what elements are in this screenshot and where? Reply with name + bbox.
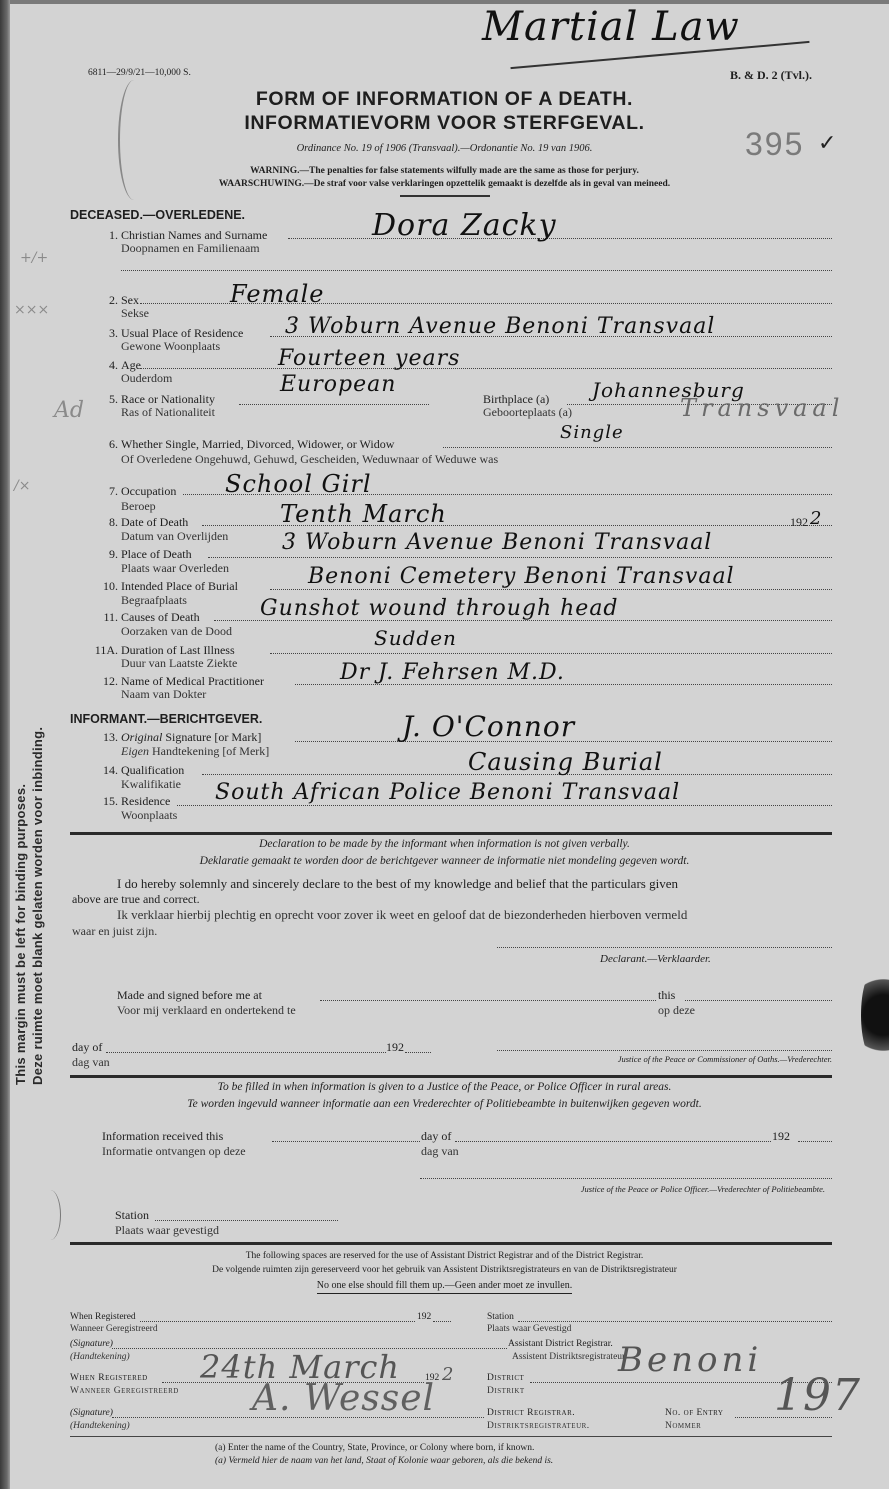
margin-pencil-mark [40, 1190, 61, 1240]
year-field[interactable] [405, 1052, 431, 1053]
this-day-field[interactable] [685, 1000, 832, 1001]
info-received-label: Information received this [102, 1130, 223, 1143]
header-divider [400, 195, 490, 197]
section-rule [70, 1075, 832, 1078]
police-day-of-label-nl: dag van [421, 1145, 459, 1158]
field-dotted-line[interactable] [288, 238, 832, 239]
field-dotted-line[interactable] [239, 404, 429, 405]
station-label: Station [115, 1209, 149, 1222]
field-dotted-line[interactable] [177, 805, 832, 806]
field-dotted-line[interactable] [270, 589, 832, 590]
field-value: Dr J. Fehrsen M.D. [340, 660, 565, 685]
entry-number-value: 197 [774, 1370, 861, 1421]
made-signed-label-en: Made and signed before me at [117, 989, 262, 1002]
field-value: Single [560, 422, 624, 443]
district-registrar-label: District Registrar. [487, 1408, 575, 1418]
year-label: 192 [386, 1041, 404, 1054]
field-label-nl: Plaats waar Overleden [121, 562, 229, 575]
when-registered-2-year-suffix: 2 [442, 1364, 454, 1385]
asst-registrar-label: Assistant District Registrar. [508, 1339, 613, 1349]
station-field[interactable] [155, 1220, 338, 1221]
warning-en: WARNING.—The penalties for false stateme… [0, 166, 889, 176]
informant-heading: INFORMANT.—BERICHTGEVER. [70, 712, 262, 726]
margin-line-2: Deze ruimte moet blank gelaten worden vo… [29, 727, 46, 1085]
field-label-nl: Datum van Overlijden [121, 530, 228, 543]
print-code: 6811—29/9/21—10,000 S. [88, 68, 191, 78]
when-registered-2-label: When Registered [70, 1373, 148, 1383]
field-label-en: Qualification [121, 764, 184, 777]
field-value: Gunshot wound through head [260, 596, 619, 621]
field-label-nl: Ouderdom [121, 372, 172, 385]
field-label-nl: Woonplaats [121, 809, 177, 822]
field-label-en: Intended Place of Burial [121, 580, 238, 593]
district-label: District [487, 1373, 524, 1383]
field-number: 15. [90, 795, 118, 808]
declaration-heading-nl: Deklaratie gemaakt te worden door de ber… [0, 855, 889, 867]
field-label-nl: Ras of Nationaliteit [121, 406, 215, 419]
entry-number-label: No. of Entry [665, 1408, 723, 1418]
field-number: 10. [90, 580, 118, 593]
margin-pencil-mark: /× [14, 478, 30, 494]
asst-registrar-label-nl: Assistent Distriktsregistrateur. [512, 1352, 627, 1362]
title-en: FORM OF INFORMATION OF A DEATH. [0, 88, 889, 111]
field-label-nl: Gewone Woonplaats [121, 340, 220, 353]
officer-signature-line[interactable] [420, 1178, 832, 1179]
year-prefix: 192 [790, 516, 808, 529]
field-label-nl: Begraafplaats [121, 594, 187, 607]
field-dotted-line[interactable] [270, 653, 832, 654]
district-signature-value: A. Wessel [252, 1378, 435, 1419]
registrar-note-en: The following spaces are reserved for th… [0, 1251, 889, 1261]
justice-signature-line[interactable] [497, 1050, 832, 1051]
margin-pencil-mark: ××× [14, 302, 49, 318]
reg-station-field[interactable] [518, 1321, 832, 1322]
hole-punch-shadow [861, 970, 889, 1060]
reg-station-label: Station [487, 1312, 514, 1322]
info-received-label-nl: Informatie ontvangen op deze [102, 1145, 246, 1158]
field-label-nl: Doopnamen en Familienaam [121, 242, 260, 255]
field-label-en: Original Signature [or Mark] [121, 731, 261, 744]
police-heading-nl: Te worden ingevuld wanneer informatie aa… [0, 1098, 889, 1110]
field-label-en: Date of Death [121, 516, 188, 529]
field-number: 7. [90, 485, 118, 498]
deceased-heading: DECEASED.—OVERLEDENE. [70, 208, 245, 222]
info-received-field[interactable] [272, 1141, 420, 1142]
day-of-label: day of [72, 1041, 102, 1054]
footer-rule [70, 1436, 832, 1437]
field-label-en: Occupation [121, 485, 176, 498]
martial-law-annotation: Martial Law [482, 4, 740, 50]
field-value: South African Police Benoni Transvaal [215, 780, 680, 805]
field-value: Sudden [374, 626, 457, 650]
field-label-nl: Sekse [121, 307, 149, 320]
field-value: Causing Burial [468, 748, 663, 776]
field-value: Dora Zacky [372, 208, 557, 243]
margin-pencil-initials: Ad [54, 398, 84, 423]
field-value: 3 Woburn Avenue Benoni Transvaal [285, 314, 715, 339]
reg-station-label-nl: Plaats waar Gevestigd [487, 1324, 571, 1334]
police-heading-en: To be filled in when information is give… [0, 1081, 889, 1093]
section-rule [70, 832, 832, 835]
field-label-nl: Kwalifikatie [121, 778, 181, 791]
field-value: Female [230, 280, 325, 308]
field-value: Fourteen years [278, 346, 460, 371]
field-dotted-line[interactable] [208, 557, 832, 558]
margin-line-1: This margin must be left for binding pur… [12, 727, 29, 1085]
district-signature-label-nl: (Handtekening) [70, 1421, 130, 1431]
police-year-label: 192 [772, 1130, 790, 1143]
made-signed-label-nl: Voor mij verklaard en ondertekend te [117, 1004, 296, 1017]
district-registrar-label-nl: Distriktsregistrateur. [487, 1421, 590, 1431]
declaration-text-nl: Ik verklaar hierbij plechtig en oprecht … [117, 908, 687, 921]
entry-number-label-nl: Nommer [665, 1421, 701, 1431]
field-number: 14. [90, 764, 118, 777]
made-at-field[interactable] [320, 1000, 656, 1001]
station-label-nl: Plaats waar gevestigd [115, 1224, 219, 1237]
this-label: this [658, 989, 675, 1002]
declaration-heading-en: Declaration to be made by the informant … [0, 838, 889, 850]
field-dotted-line[interactable] [140, 368, 832, 369]
registrar-note-warning-text: No one else should fill them up.—Geen an… [317, 1280, 573, 1294]
field-value: School Girl [225, 470, 372, 498]
district-value: Benoni [618, 1340, 762, 1380]
day-of-field[interactable] [106, 1052, 386, 1053]
field-number: 11. [90, 611, 118, 624]
when-registered-year: 192 [417, 1312, 431, 1322]
name-continuation-line[interactable] [121, 270, 832, 271]
this-label-nl: op deze [658, 1004, 695, 1017]
field-number: 2. [90, 294, 118, 307]
field-label-nl: Beroep [121, 500, 156, 513]
field-label-nl: Oorzaken van de Dood [121, 625, 232, 638]
field-number: 8. [90, 516, 118, 529]
field-dotted-line[interactable] [443, 447, 832, 448]
declarant-signature-line[interactable] [497, 947, 832, 948]
declaration-text-en-cont: above are true and correct. [72, 893, 200, 906]
police-year-field[interactable] [798, 1141, 832, 1142]
field-value: European [280, 372, 396, 397]
field-label-en: Causes of Death [121, 611, 200, 624]
warning-nl: WAARSCHUWING.—De straf voor valse verkla… [0, 179, 889, 189]
field-label-en: Whether Single, Married, Divorced, Widow… [121, 438, 394, 451]
district-label-nl: Distrikt [487, 1386, 525, 1396]
registrar-note-warning: No one else should fill them up.—Geen an… [0, 1280, 889, 1291]
field-label-nl: Duur van Laatste Ziekte [121, 657, 237, 670]
field-number: 4. [90, 359, 118, 372]
when-registered-label-nl: Wanneer Geregistreerd [70, 1324, 158, 1334]
asst-signature-label-nl: (Handtekening) [70, 1352, 130, 1362]
declarant-label: Declarant.—Verklaarder. [600, 953, 711, 965]
day-of-label-nl: dag van [72, 1056, 110, 1069]
when-registered-label: When Registered [70, 1312, 136, 1322]
declaration-text-en: I do hereby solemnly and sincerely decla… [117, 877, 678, 890]
field-number: 13. [90, 731, 118, 744]
asst-signature-label: (Signature) [70, 1339, 113, 1349]
district-signature-label: (Signature) [70, 1408, 113, 1418]
footnote-en: (a) Enter the name of the Country, State… [215, 1443, 534, 1453]
field-number: 11A. [90, 644, 118, 657]
death-form-page: Martial Law 395 ✓ 6811—29/9/21—10,000 S.… [0, 0, 889, 1489]
field-value: Tenth March [280, 500, 447, 528]
field-label-nl: Naam van Dokter [121, 688, 206, 701]
when-registered-field[interactable] [140, 1321, 415, 1322]
field-number: 3. [90, 327, 118, 340]
section-rule [70, 1242, 832, 1245]
justice-label: Justice of the Peace or Commissioner of … [497, 1054, 832, 1064]
year-suffix: 2 [810, 508, 822, 529]
police-day-of-field[interactable] [455, 1141, 771, 1142]
police-day-of-label: day of [421, 1130, 451, 1143]
field-number: 12. [90, 675, 118, 688]
title-nl: INFORMATIEVORM VOOR STERFGEVAL. [0, 112, 889, 135]
when-registered-2-label-nl: Wanneer Geregistreerd [70, 1386, 179, 1396]
registrar-note-nl: De volgende ruimten zijn gereserveerd vo… [0, 1265, 889, 1275]
field-number: 6. [90, 438, 118, 451]
birthplace-label-nl: Geboorteplaats (a) [483, 406, 572, 419]
field-label-nl: Eigen Handtekening [of Merk] [121, 745, 269, 758]
declaration-text-nl-cont: waar en juist zijn. [72, 925, 157, 938]
field-value: 3 Woburn Avenue Benoni Transvaal [282, 530, 712, 555]
form-code: B. & D. 2 (Tvl.). [730, 68, 812, 83]
footnote-nl: (a) Vermeld hier de naam van het land, S… [215, 1456, 553, 1466]
top-edge [0, 0, 889, 4]
field-value: Benoni Cemetery Benoni Transvaal [308, 564, 735, 589]
field-value: J. O'Connor [402, 710, 575, 743]
field-number: 5. [90, 393, 118, 406]
field-label-en: Residence [121, 795, 170, 808]
field-number: 1. [90, 229, 118, 242]
when-registered-year-field[interactable] [433, 1321, 451, 1322]
field-label-nl: Of Overledene Ongehuwd, Gehuwd, Gescheid… [121, 453, 498, 466]
field-label-en: Place of Death [121, 548, 192, 561]
ordinance: Ordinance No. 19 of 1906 (Transvaal).—Or… [0, 143, 889, 154]
field-number: 9. [90, 548, 118, 561]
officer-label: Justice of the Peace or Police Officer.—… [420, 1184, 825, 1194]
binding-margin-text: This margin must be left for binding pur… [12, 727, 46, 1085]
birthplace-annotation: Transvaal [680, 394, 844, 422]
margin-pencil-mark: +/+ [20, 250, 48, 266]
